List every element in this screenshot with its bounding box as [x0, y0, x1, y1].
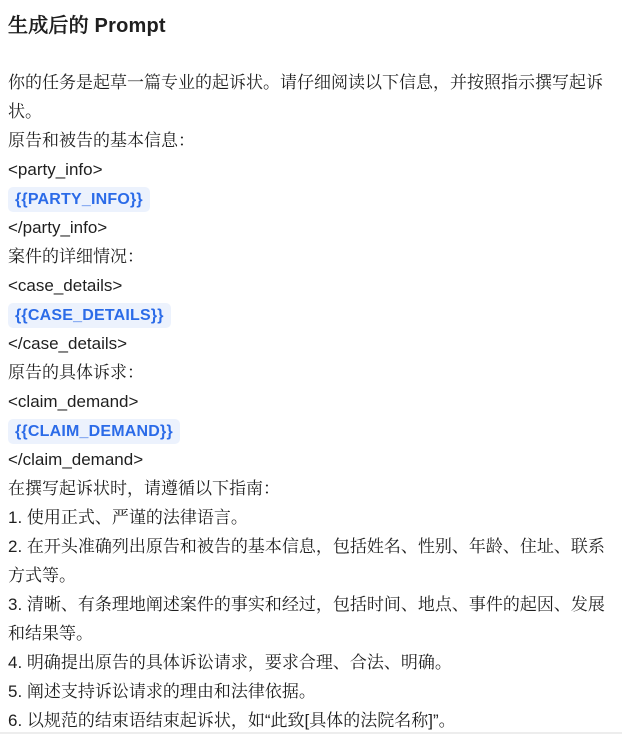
- section-close-tag: </party_info>: [8, 213, 612, 242]
- guidelines-block: 在撰写起诉状时，请遵循以下指南： 1. 使用正式、严谨的法律语言。 2. 在开头…: [8, 474, 612, 734]
- section-close-tag: </case_details>: [8, 329, 612, 358]
- section-label: 原告的具体诉求：: [8, 358, 612, 387]
- template-variable-chip-claim-demand: {{CLAIM_DEMAND}}: [8, 419, 180, 444]
- section-label: 原告和被告的基本信息：: [8, 126, 612, 155]
- guideline-item-2: 2. 在开头准确列出原告和被告的基本信息，包括姓名、性别、年龄、住址、联系方式等…: [8, 532, 612, 590]
- guideline-item-1: 1. 使用正式、严谨的法律语言。: [8, 503, 612, 532]
- generated-prompt-document: 生成后的 Prompt 你的任务是起草一篇专业的起诉状。请仔细阅读以下信息，并按…: [0, 0, 622, 734]
- section-case-details: 案件的详细情况： <case_details> {{CASE_DETAILS}}…: [8, 242, 612, 358]
- section-label: 案件的详细情况：: [8, 242, 612, 271]
- prompt-intro: 你的任务是起草一篇专业的起诉状。请仔细阅读以下信息，并按照指示撰写起诉状。: [8, 68, 612, 126]
- template-variable-line: {{CLAIM_DEMAND}}: [8, 416, 612, 445]
- guideline-item-6: 6. 以规范的结束语结束起诉状，如“此致[具体的法院名称]”。: [8, 706, 612, 734]
- template-variable-line: {{CASE_DETAILS}}: [8, 300, 612, 329]
- template-variable-line: {{PARTY_INFO}}: [8, 184, 612, 213]
- guidelines-header: 在撰写起诉状时，请遵循以下指南：: [8, 474, 612, 503]
- guideline-item-4: 4. 明确提出原告的具体诉讼请求，要求合理、合法、明确。: [8, 648, 612, 677]
- section-open-tag: <claim_demand>: [8, 387, 612, 416]
- section-close-tag: </claim_demand>: [8, 445, 612, 474]
- section-claim-demand: 原告的具体诉求： <claim_demand> {{CLAIM_DEMAND}}…: [8, 358, 612, 474]
- section-open-tag: <case_details>: [8, 271, 612, 300]
- page-title: 生成后的 Prompt: [8, 12, 612, 40]
- guideline-item-3: 3. 清晰、有条理地阐述案件的事实和经过，包括时间、地点、事件的起因、发展和结果…: [8, 590, 612, 648]
- guideline-item-5: 5. 阐述支持诉讼请求的理由和法律依据。: [8, 677, 612, 706]
- template-variable-chip-party-info: {{PARTY_INFO}}: [8, 187, 150, 212]
- section-open-tag: <party_info>: [8, 155, 612, 184]
- section-party-info: 原告和被告的基本信息： <party_info> {{PARTY_INFO}} …: [8, 126, 612, 242]
- template-variable-chip-case-details: {{CASE_DETAILS}}: [8, 303, 171, 328]
